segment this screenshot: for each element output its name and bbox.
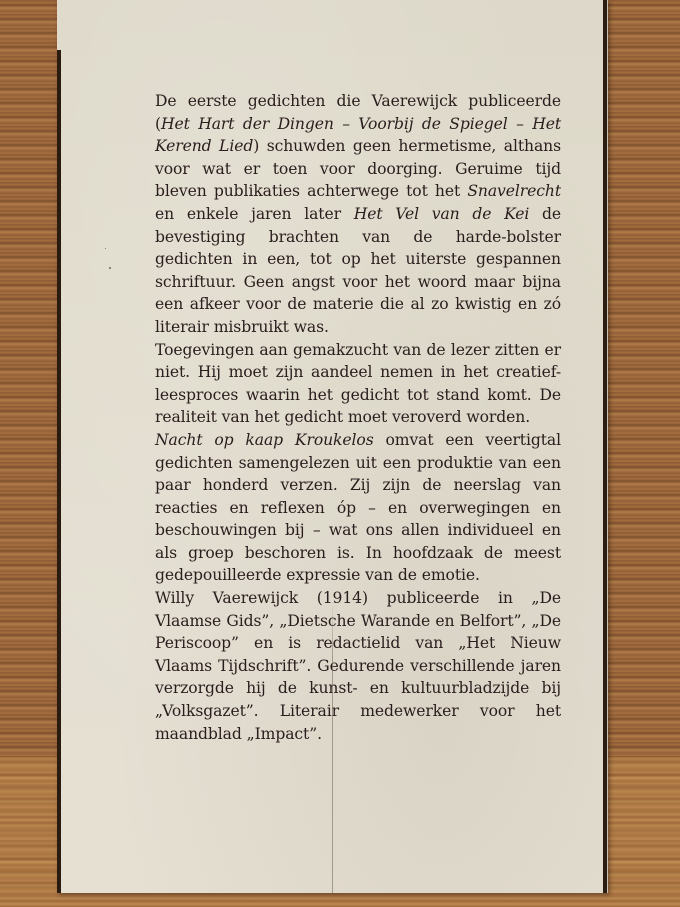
paper-speck [109, 267, 111, 269]
paragraph-author-bio: Willy Vaerewijck (1914) publiceerde in „… [155, 587, 561, 745]
text-segment: de bevestiging brachten van de harde-bol… [155, 205, 561, 336]
paragraph-collection-description: Nacht op kaap Kroukelos omvat een veerti… [155, 429, 561, 587]
paragraph-early-work: De eerste gedichten die Vaerewijck publi… [155, 90, 561, 339]
book-back-cover: De eerste gedichten die Vaerewijck publi… [57, 0, 608, 893]
cover-edge-shadow [57, 50, 61, 893]
text-segment: en enkele jaren later [155, 205, 354, 223]
text-segment: Toegevingen aan gemakzucht van de lezer … [155, 341, 561, 427]
text-segment: omvat een veertigtal gedichten samengele… [155, 431, 561, 585]
paragraph-reader-role: Toegevingen aan gemakzucht van de lezer … [155, 339, 561, 429]
book-title-het-vel-van-de-kei: Het Vel van de Kei [354, 205, 530, 223]
book-title-nacht-op-kaap-kroukelos: Nacht op kaap Kroukelos [155, 431, 374, 449]
book-title-snavelrecht: Snavelrecht [467, 182, 561, 200]
text-segment: Willy Vaerewijck (1914) publiceerde in „… [155, 589, 561, 743]
blurb-text: De eerste gedichten die Vaerewijck publi… [155, 90, 561, 745]
paper-speck [105, 248, 106, 249]
